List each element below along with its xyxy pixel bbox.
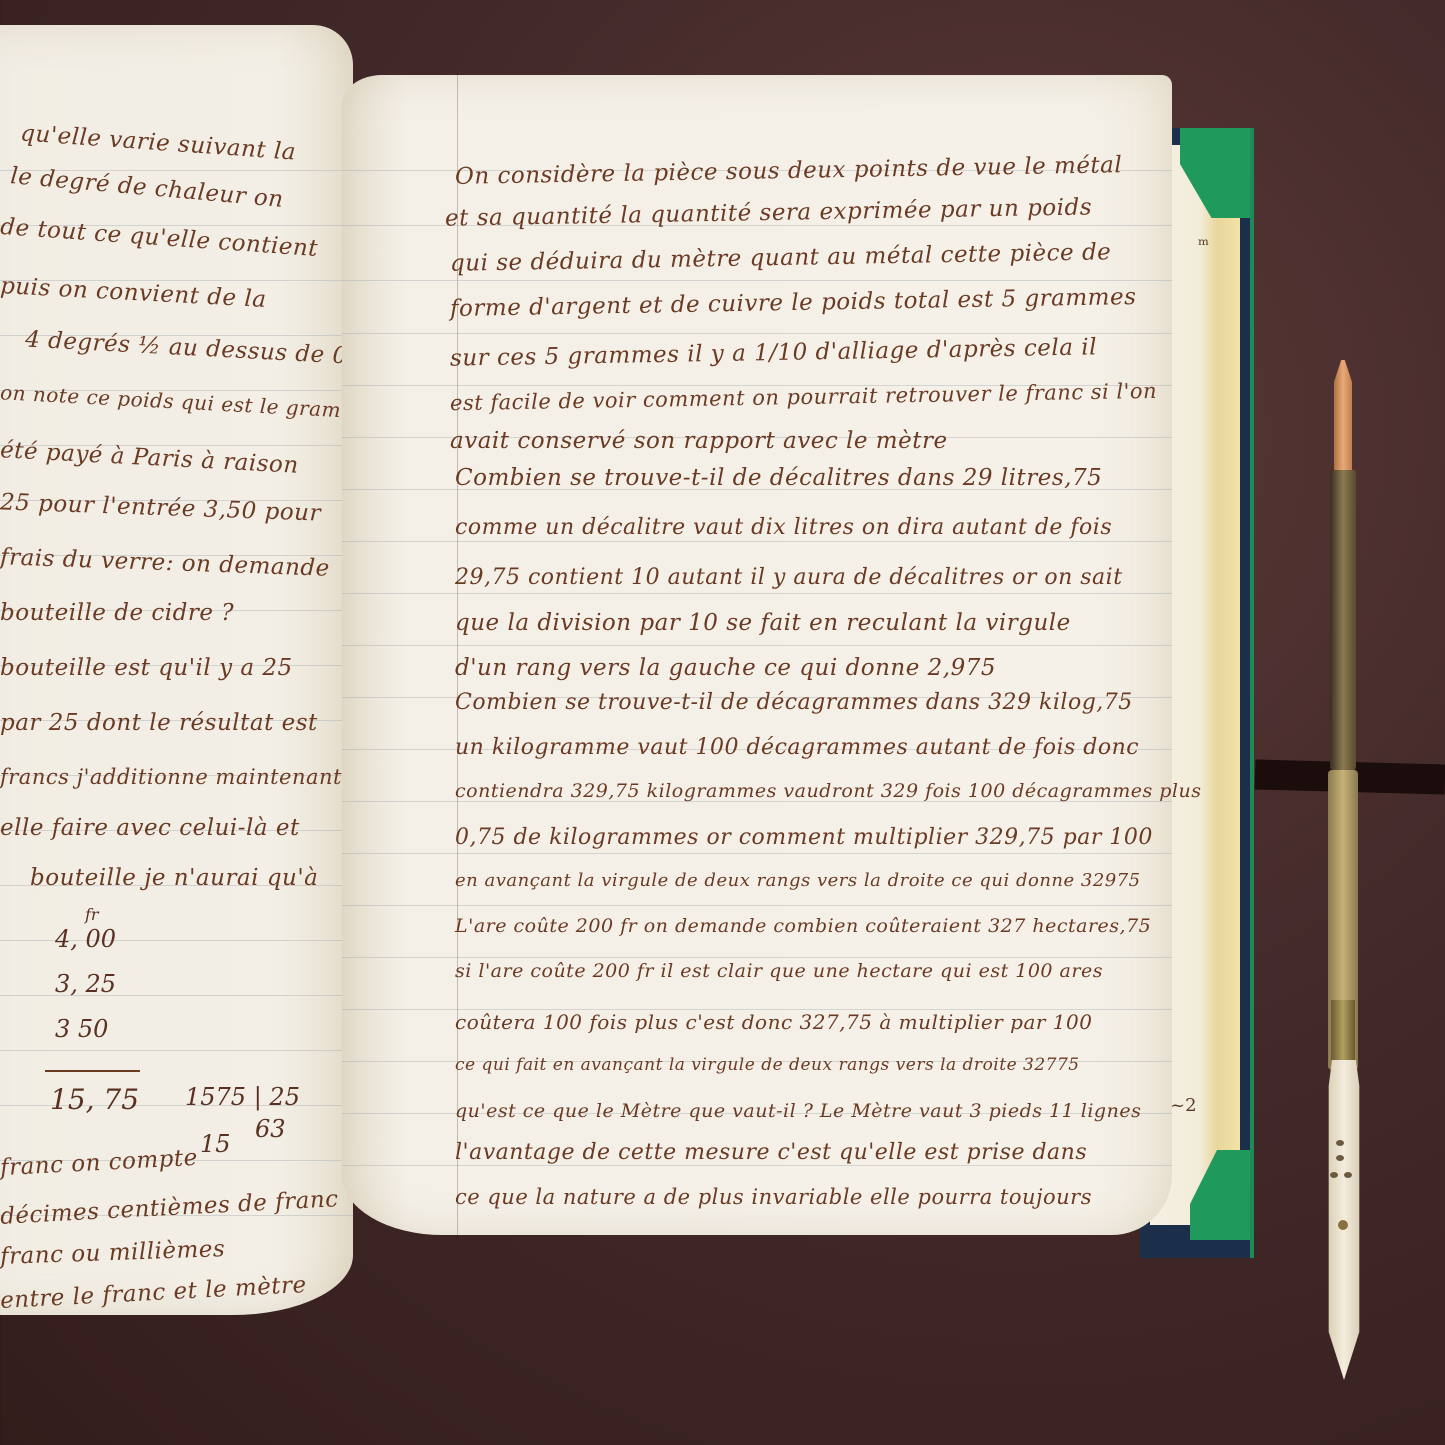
handwritten-line: on note ce poids qui est le gramme — [0, 380, 373, 423]
handwritten-line: comme un décalitre vaut dix litres on di… — [455, 515, 1112, 540]
handwritten-line: bouteille est qu'il y a 25 — [0, 655, 293, 681]
pen-nib-icon — [1334, 360, 1352, 470]
handwritten-line: ce qui fait en avançant la virgule de de… — [455, 1055, 1080, 1075]
handwritten-line: un kilogramme vaut 100 décagrammes autan… — [455, 735, 1139, 760]
sum-row: 3 50 — [55, 1015, 108, 1043]
handwritten-line: entre le franc et le mètre — [0, 1272, 307, 1314]
handwritten-line: qu'elle varie suivant la — [19, 120, 296, 165]
handwritten-line: décimes centièmes de franc — [0, 1186, 339, 1230]
pen-holder — [1330, 470, 1356, 770]
division: 1575 | 25 — [185, 1083, 300, 1111]
dip-pen — [1320, 360, 1370, 1380]
page-edge-mark: ~2 — [1170, 1095, 1197, 1116]
handwritten-line: qu'est ce que le Mètre que vaut-il ? Le … — [455, 1100, 1141, 1122]
handwritten-line: avait conservé son rapport avec le mètre — [450, 428, 948, 454]
handwritten-line: ce que la nature a de plus invariable el… — [455, 1185, 1092, 1209]
handwritten-line: 29,75 contient 10 autant il y aura de dé… — [455, 565, 1123, 590]
handwritten-line: d'un rang vers la gauche ce qui donne 2,… — [455, 655, 996, 681]
sum-total: 15, 75 — [50, 1083, 139, 1116]
handwritten-line: 25 pour l'entrée 3,50 pour — [0, 489, 321, 526]
handwritten-line: Combien se trouve-t-il de décalitres dan… — [455, 465, 1102, 491]
handwritten-line: frais du verre: on demande — [0, 544, 330, 581]
handwritten-line: été payé à Paris à raison — [0, 437, 299, 479]
handwritten-line: francs j'additionne maintenant — [0, 765, 342, 789]
handwritten-line: coûtera 100 fois plus c'est donc 327,75 … — [455, 1010, 1092, 1034]
pen-ferrule — [1331, 1000, 1355, 1060]
handwritten-line: L'are coûte 200 fr on demande combien co… — [455, 915, 1151, 937]
handwritten-line: en avançant la virgule de deux rangs ver… — [455, 870, 1141, 891]
handwritten-line: franc on compte — [0, 1145, 198, 1181]
handwritten-line: contiendra 329,75 kilogrammes vaudront 3… — [455, 780, 1201, 802]
handwritten-line: que la division par 10 se fait en recula… — [455, 610, 1071, 636]
notebook-left-page: qu'elle varie suivant la le degré de cha… — [0, 25, 353, 1315]
handwritten-line: l'avantage de cette mesure c'est qu'elle… — [455, 1140, 1087, 1165]
handwritten-line: de tout ce qu'elle contient — [0, 214, 319, 262]
handwritten-line: Combien se trouve-t-il de décagrammes da… — [455, 690, 1133, 715]
handwritten-line: franc ou millièmes — [0, 1236, 226, 1270]
sum-row: 4, 00 — [55, 925, 116, 953]
page-edge-mark: ᵐ — [1198, 235, 1209, 256]
sum-row: 3, 25 — [55, 970, 116, 998]
handwritten-line: 0,75 de kilogrammes or comment multiplie… — [455, 825, 1153, 850]
handwritten-line: 4 degrés ½ au dessus de 0 — [25, 327, 349, 370]
remainder: 15 — [200, 1130, 231, 1158]
handwritten-line: si l'are coûte 200 fr il est clair que u… — [455, 960, 1103, 982]
quotient: 63 — [255, 1115, 286, 1143]
handwritten-line: bouteille je n'aurai qu'à — [30, 865, 318, 891]
handwritten-line: bouteille de cidre ? — [0, 600, 234, 626]
handwritten-line: elle faire avec celui-là et — [0, 815, 300, 841]
handwritten-line: par 25 dont le résultat est — [0, 710, 318, 736]
